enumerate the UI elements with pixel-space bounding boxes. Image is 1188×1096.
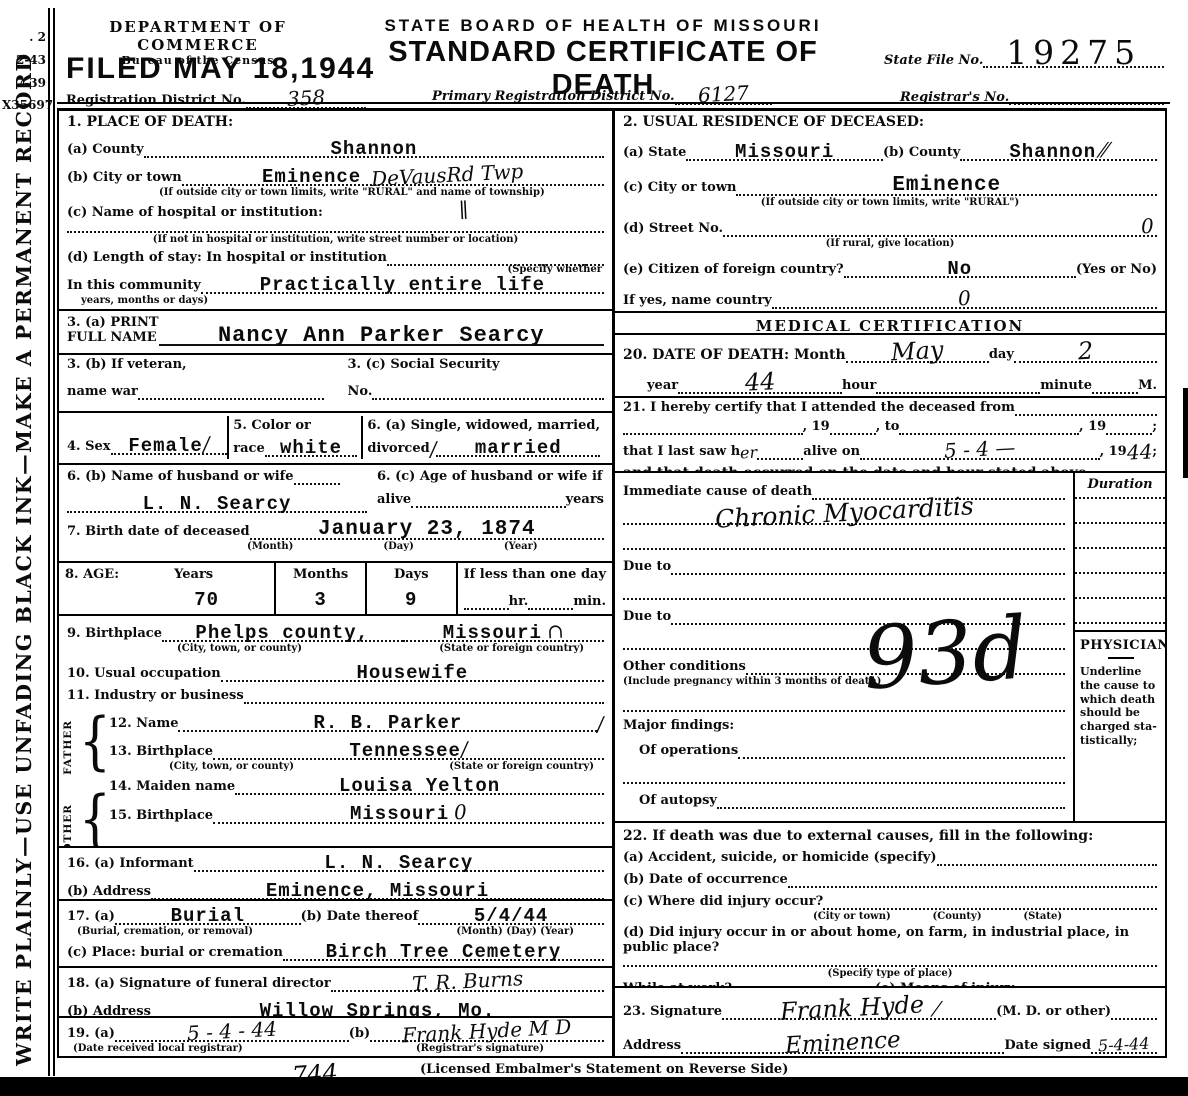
registrar-sig-label: (b) [349, 1027, 370, 1042]
residence-county-value: Shannon [1009, 141, 1096, 163]
state-file-number: 19275 [1006, 33, 1141, 72]
father-birthplace-label: 13. Birthplace [109, 745, 213, 760]
left-double-rule [48, 8, 55, 1076]
registrar-signature: Frank Hyde M D [402, 1019, 572, 1044]
immediate-cause-label: Immediate cause of death [623, 485, 812, 500]
medical-certification-title: MEDICAL CERTIFICATION [756, 317, 1025, 333]
father-brace: { [79, 710, 111, 773]
immediate-cause-hand: Chronic Myocarditis [714, 496, 973, 530]
age-label: 8. AGE: [65, 568, 119, 583]
death-day-label: day [989, 348, 1014, 363]
age-months-header: Months [282, 568, 359, 583]
department-title: DEPARTMENT OF COMMERCE [72, 18, 324, 54]
external-causes-title: 22. If death was due to external causes,… [623, 828, 1157, 844]
occupation-value: Housewife [357, 662, 469, 684]
community-note-2: years, months or days) [81, 295, 208, 306]
burial-value: Burial [171, 905, 245, 927]
of-autopsy-label: Of autopsy [639, 794, 717, 809]
date-signed-label: Date signed [1004, 1039, 1091, 1054]
death-hour-label: hour [842, 379, 876, 394]
date-received-label: 19. (a) [67, 1027, 115, 1042]
marital-hand-mark: ∕ [429, 441, 437, 457]
left-column: 1. PLACE OF DEATH: (a) County Shannon (b… [59, 111, 612, 1056]
physician-divider [1108, 657, 1134, 659]
death-month-value: May [891, 341, 944, 363]
registration-district-value: 358 [286, 89, 325, 107]
death-minute-label: minute [1040, 379, 1092, 394]
death-year-label: year [647, 379, 678, 394]
father-birthplace-mark: ∕ [461, 741, 469, 757]
ssn-block: 3. (c) Social Security No. [324, 358, 605, 400]
hospital-hand-mark: ∥ [458, 202, 468, 218]
hospital-label: (c) Name of hospital or institution: [67, 206, 323, 221]
section-place-of-death: 1. PLACE OF DEATH: (a) County Shannon (b… [59, 111, 612, 309]
residence-county-mark: ⁄⁄ [1101, 142, 1109, 158]
birthplace-hand-mark: ∩ [547, 623, 565, 640]
sex-value: Female [128, 435, 202, 457]
min-label: min. [573, 595, 606, 610]
last-saw-year-hand: 44 [1126, 443, 1152, 460]
injury-where-label: (c) Where did injury occur? [623, 895, 823, 910]
community-note-1: (Specify whether [507, 264, 602, 275]
section-date-of-death: 20. DATE OF DEATH: Month May day 2 year … [615, 333, 1165, 396]
residence-city-value: Eminence [892, 174, 1001, 197]
birthplace-city-value: Phelps county, [195, 622, 369, 644]
county-value: Shannon [330, 138, 417, 160]
age-years-value: 70 [65, 592, 268, 609]
funeral-director-label: 18. (a) Signature of funeral director [67, 977, 331, 992]
last-saw-semicolon: ; [1152, 445, 1157, 460]
due-to-2-label: Due to [623, 610, 671, 625]
alive-label: alive [377, 493, 411, 508]
informant-label: 16. (a) Informant [67, 857, 194, 872]
margin-instruction-text: WRITE PLAINLY—USE UNFADING BLACK INK—MAK… [12, 52, 36, 1066]
city-note: (If outside city or town limits, write "… [159, 187, 545, 198]
certificate-form: 1. PLACE OF DEATH: (a) County Shannon (b… [57, 108, 1167, 1058]
section-age: 8. AGE: Years 70 Months 3 Days 9 If less… [59, 561, 612, 614]
duration-column: Duration PHYSICIAN Underline the cause t… [1073, 473, 1165, 821]
physician-signature-hand: Frank Hyde [780, 995, 925, 1022]
informant-address-label: (b) Address [67, 885, 151, 899]
birth-day-note: (Day) [383, 541, 413, 552]
death-day-value: 2 [1077, 342, 1093, 362]
scan-edge-artifact [1183, 388, 1188, 478]
age-months-value: 3 [282, 592, 359, 609]
death-year-value: 44 [744, 372, 776, 393]
other-conditions-big-hand: 93d [860, 605, 1030, 702]
birthplace-note-1: (City, town, or county) [177, 643, 302, 654]
section-sex-race-marital: 4. Sex Female∕ 5. Color or race white 6.… [59, 411, 612, 463]
burial-date-note: (Month) (Day) (Year) [456, 926, 574, 937]
physician-title: PHYSICIAN [1080, 638, 1161, 653]
birthplace-note-2: (State or foreign country) [439, 643, 584, 654]
birth-date-label: 7. Birth date of deceased [67, 525, 250, 540]
residence-state-value: Missouri [735, 141, 834, 163]
father-birthplace-value: Tennessee [349, 740, 461, 762]
other-conditions-note: (Include pregnancy within 3 months of de… [623, 676, 881, 687]
mother-brace: { [79, 788, 111, 846]
marital-label-top: 6. (a) Single, widowed, married, [367, 419, 600, 434]
section-informant: 16. (a) Informant L. N. Searcy (b) Addre… [59, 846, 612, 899]
residence-county-label: (b) County [883, 146, 960, 161]
community-label: In this community [67, 279, 201, 294]
citizen-value: No [947, 258, 972, 280]
birthplace-label: 9. Birthplace [67, 627, 162, 642]
mother-birthplace-mark: 0 [454, 804, 468, 821]
residence-title: 2. USUAL RESIDENCE OF DECEASED: [623, 114, 1157, 130]
signature-address-hand: Eminence [784, 1031, 900, 1055]
date-of-death-label: 20. DATE OF DEATH: Month [623, 347, 846, 363]
form-code: . 2 [2, 26, 46, 49]
last-saw-date-hand: 5 - 4 — [944, 439, 1016, 459]
funeral-director-signature: T. R. Burns [411, 970, 523, 992]
injury-place-note: (Specify type of place) [828, 968, 953, 979]
last-saw-her-hand: er [740, 447, 758, 461]
certify-19b-label: , 19 [1079, 420, 1106, 435]
signature-label: 23. Signature [623, 1005, 722, 1020]
spouse-value: L. N. Searcy [143, 493, 292, 515]
physician-box: PHYSICIAN Underline the cause to which d… [1075, 630, 1165, 821]
name-war-label: name war [67, 385, 138, 400]
ssn-label: 3. (c) Social Security [348, 358, 605, 373]
physician-note: Underline the cause to which death shoul… [1080, 665, 1161, 748]
embalmer-statement-note: (Licensed Embalmer's Statement on Revers… [420, 1062, 788, 1077]
scan-bottom-bar [0, 1077, 1188, 1096]
county-label: (a) County [67, 143, 144, 158]
state-file-line: State File No. 19275 [884, 38, 1164, 68]
community-value: Practically entire life [260, 274, 545, 296]
right-column: 2. USUAL RESIDENCE OF DECEASED: (a) Stat… [615, 111, 1165, 1056]
industry-label: 11. Industry or business [67, 689, 244, 704]
funeral-director-address-label: (b) Address [67, 1005, 151, 1016]
hr-label: hr. [509, 595, 529, 610]
age-days-value: 9 [373, 592, 450, 609]
city-label: (b) City or town [67, 171, 182, 186]
veteran-label: 3. (b) If veteran, [67, 358, 324, 373]
funeral-director-address-value: Willow Springs, Mo. [260, 1000, 496, 1016]
section-cause-of-death: Immediate cause of death Chronic Myocard… [615, 471, 1165, 821]
age-days-header: Days [373, 568, 450, 583]
date-received-note: (Date received local registrar) [73, 1043, 243, 1054]
burial-date-label: (b) Date thereof [301, 910, 419, 925]
registration-district-line: Registration District No. 358 [66, 88, 366, 109]
of-operations-label: Of operations [639, 744, 738, 759]
mother-name-value: Louisa Yelton [339, 775, 500, 797]
section-usual-residence: 2. USUAL RESIDENCE OF DECEASED: (a) Stat… [615, 111, 1165, 311]
print-label: 3. (a) PRINT [67, 316, 159, 331]
date-received-value: 5 - 4 - 44 [187, 1021, 278, 1042]
last-saw-label: that I last saw h [623, 445, 740, 460]
informant-value: L. N. Searcy [324, 852, 473, 874]
street-no-note: (If rural, give location) [826, 238, 955, 249]
burial-place-value: Birch Tree Cemetery [326, 941, 562, 963]
section-external-causes: 22. If death was due to external causes,… [615, 821, 1165, 986]
certify-19a-label: , 19 [803, 420, 830, 435]
length-of-stay-label: (d) Length of stay: In hospital or insti… [67, 251, 387, 266]
residence-state-label: (a) State [623, 146, 686, 161]
last-saw-19-label: , 19 [1100, 445, 1127, 460]
father-birthplace-note-1: (City, town, or county) [169, 761, 294, 772]
mother-vertical-label: MOTHER [62, 804, 74, 846]
marital-value: married [475, 437, 562, 459]
due-to-1-label: Due to [623, 560, 671, 575]
marital-label: divorced [367, 442, 429, 457]
certify-attended-label: 21. I hereby certify that I attended the… [623, 401, 1015, 416]
section-registrar-receipt: 19. (a) 5 - 4 - 44 (b) Frank Hyde M D (D… [59, 1016, 612, 1061]
date-signed-hand: 5-4-44 [1098, 1038, 1150, 1053]
birth-date-value: January 23, 1874 [318, 518, 536, 541]
name-country-mark: 0 [958, 290, 972, 307]
sex-hand-mark: ∕ [202, 436, 210, 452]
birth-year-note: (Year) [504, 541, 538, 552]
occurrence-date-label: (b) Date of occurrence [623, 873, 788, 888]
street-no-label: (d) Street No. [623, 222, 723, 237]
birthplace-state-value: Missouri [443, 622, 542, 644]
filed-date-stamp: FILED MAY 18,1944 [66, 52, 375, 86]
occupation-label: 10. Usual occupation [67, 667, 221, 682]
name-country-label: If yes, name country [623, 294, 772, 309]
father-name-value: R. B. Parker [313, 712, 462, 734]
section-full-name: 3. (a) PRINT FULL NAME Nancy Ann Parker … [59, 309, 612, 353]
section-spouse-birthdate: 6. (b) Name of husband or wife L. N. Sea… [59, 463, 612, 561]
burial-note: (Burial, cremation, or removal) [77, 926, 253, 937]
father-name-label: 12. Name [109, 717, 178, 732]
age-less-than-day-header: If less than one day [464, 568, 606, 583]
mother-birthplace-label: 15. Birthplace [109, 809, 213, 824]
primary-registration-value: 6127 [697, 85, 749, 104]
duration-header: Duration [1075, 473, 1165, 499]
header-rule [57, 102, 1170, 104]
full-name-value: Nancy Ann Parker Searcy [218, 323, 545, 348]
other-conditions-label: Other conditions [623, 660, 746, 675]
injury-place-label: (d) Did injury occur in or about home, o… [623, 926, 1157, 956]
color-race-label: race [233, 442, 264, 457]
father-birthplace-note-2: (State or foreign country) [449, 761, 594, 772]
section-birthplace-parents: 9. Birthplace Phelps county, Missouri ∩ … [59, 614, 612, 846]
section-physician-signature: 23. Signature Frank Hyde ⁄ (M. D. or oth… [615, 986, 1165, 1061]
citizen-note: (Yes or No) [1076, 263, 1157, 278]
alive-on-label: alive on [803, 445, 860, 460]
death-m-label: M. [1138, 379, 1157, 394]
burial-date-value: 5/4/44 [474, 905, 548, 927]
street-no-mark: 0 [1141, 218, 1155, 235]
state-file-label: State File No. [884, 53, 983, 68]
signature-address-label: Address [623, 1039, 681, 1054]
full-name-label: FULL NAME [67, 331, 159, 346]
injury-where-note: (City or town) (County) (State) [813, 911, 1062, 922]
burial-label: 17. (a) [67, 910, 115, 925]
age-years-header: Years [119, 568, 268, 583]
residence-city-note: (If outside city or town limits, write "… [761, 197, 1020, 208]
medical-certification-header: MEDICAL CERTIFICATION [615, 311, 1165, 333]
certify-semicolon: ; [1152, 420, 1157, 435]
place-of-death-title: 1. PLACE OF DEATH: [67, 114, 604, 130]
birth-month-note: (Month) [247, 541, 293, 552]
section-veteran-ssn: 3. (b) If veteran, name war 3. (c) Socia… [59, 353, 612, 411]
board-title: STATE BOARD OF HEALTH OF MISSOURI [378, 16, 828, 36]
residence-city-label: (c) City or town [623, 181, 736, 196]
accident-label: (a) Accident, suicide, or homicide (spec… [623, 851, 937, 866]
years-label: years [566, 493, 604, 508]
color-race-label-top: 5. Color or [233, 419, 357, 434]
physician-signature-mark: ⁄ [934, 1001, 938, 1017]
spouse-label: 6. (b) Name of husband or wife [67, 470, 294, 485]
spouse-age-label: 6. (c) Age of husband or wife if [377, 470, 604, 485]
section-funeral-director: 18. (a) Signature of funeral director T.… [59, 966, 612, 1016]
veteran-block: 3. (b) If veteran, name war [67, 358, 324, 400]
section-certification-statement: 21. I hereby certify that I attended the… [615, 396, 1165, 471]
ssn-no-label: No. [348, 385, 373, 400]
mother-name-label: 14. Maiden name [109, 780, 235, 795]
race-value: white [280, 437, 342, 459]
major-findings-label: Major findings: [623, 719, 734, 734]
hospital-note: (If not in hospital or institution, writ… [153, 234, 519, 245]
township-handwriting: DeVausRd Twp [371, 163, 524, 187]
father-vertical-label: FATHER [62, 720, 74, 775]
mother-birthplace-value: Missouri [350, 803, 449, 825]
informant-address-value: Eminence, Missouri [266, 880, 489, 899]
city-value: Eminence [262, 166, 361, 188]
burial-place-label: (c) Place: burial or cremation [67, 946, 283, 961]
father-hand-mark: ∕ [597, 716, 605, 732]
section-burial: 17. (a) Burial (b) Date thereof 5/4/44 (… [59, 899, 612, 966]
certify-to-label: , to [876, 420, 900, 435]
citizen-label: (e) Citizen of foreign country? [623, 263, 844, 278]
sex-label: 4. Sex [67, 440, 111, 455]
md-or-other-label: (M. D. or other) [996, 1005, 1111, 1020]
